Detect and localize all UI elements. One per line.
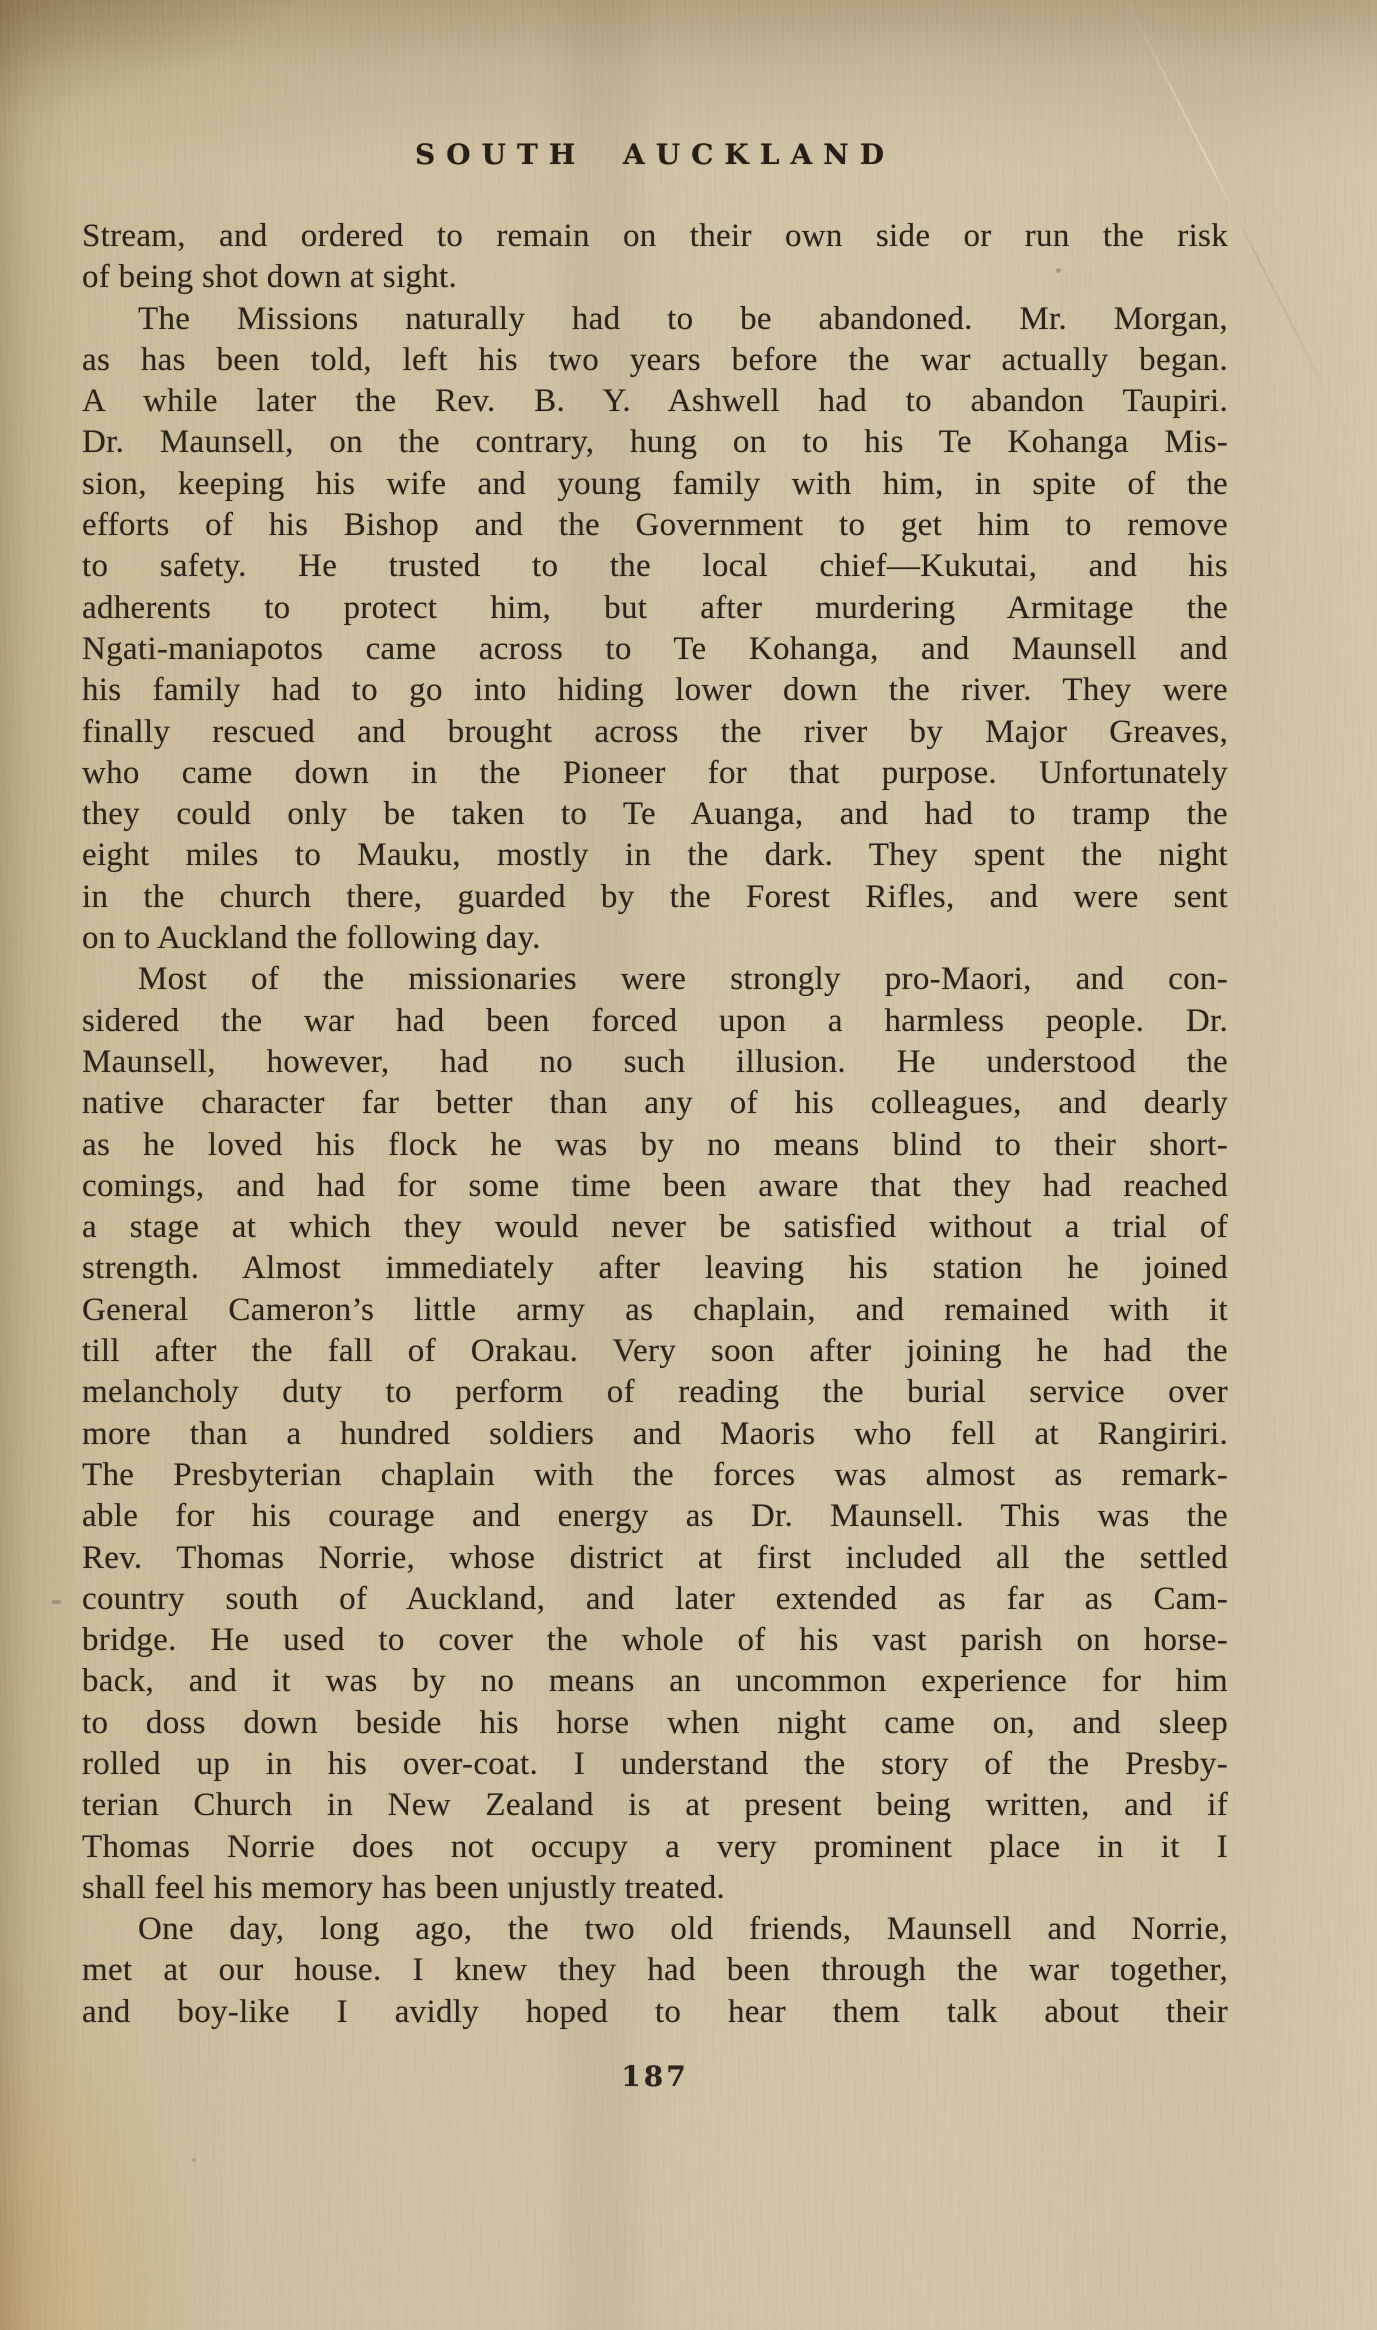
text-line: The Presbyterian chaplain with the force…	[82, 1455, 1228, 1496]
text-line: Most of the missionaries were strongly p…	[82, 959, 1228, 1000]
text-line: met at our house. I knew they had been t…	[82, 1950, 1228, 1991]
book-page: SOUTH AUCKLAND Stream, and ordered to re…	[0, 0, 1377, 2330]
text-line: sion, keeping his wife and young family …	[82, 464, 1228, 505]
text-line: A while later the Rev. B. Y. Ashwell had…	[82, 381, 1228, 422]
text-line: a stage at which they would never be sat…	[82, 1207, 1228, 1248]
text-line: in the church there, guarded by the Fore…	[82, 877, 1228, 918]
text-line: efforts of his Bishop and the Government…	[82, 505, 1228, 546]
page-number: 187	[82, 2060, 1228, 2093]
text-line: who came down in the Pioneer for that pu…	[82, 753, 1228, 794]
text-line: The Missions naturally had to be abandon…	[82, 299, 1228, 340]
text-line: able for his courage and energy as Dr. M…	[82, 1496, 1228, 1537]
body-text: Stream, and ordered to remain on their o…	[82, 216, 1228, 2033]
running-head: SOUTH AUCKLAND	[82, 138, 1228, 171]
text-line: shall feel his memory has been unjustly …	[82, 1868, 1228, 1909]
text-line: as he loved his flock he was by no means…	[82, 1125, 1228, 1166]
text-line: country south of Auckland, and later ext…	[82, 1579, 1228, 1620]
text-line: comings, and had for some time been awar…	[82, 1166, 1228, 1207]
text-line: sidered the war had been forced upon a h…	[82, 1001, 1228, 1042]
text-line: General Cameron’s little army as chaplai…	[82, 1290, 1228, 1331]
text-line: Ngati-maniapotos came across to Te Kohan…	[82, 629, 1228, 670]
paragraph: Stream, and ordered to remain on their o…	[82, 216, 1228, 299]
text-line: of being shot down at sight.	[82, 257, 1228, 298]
text-line: strength. Almost immediately after leavi…	[82, 1248, 1228, 1289]
text-line: Thomas Norrie does not occupy a very pro…	[82, 1827, 1228, 1868]
text-line: on to Auckland the following day.	[82, 918, 1228, 959]
text-line: Maunsell, however, had no such illusion.…	[82, 1042, 1228, 1083]
ink-speck	[52, 1600, 61, 1604]
text-line: to doss down beside his horse when night…	[82, 1703, 1228, 1744]
text-line: finally rescued and brought across the r…	[82, 712, 1228, 753]
text-line: rolled up in his over-coat. I understand…	[82, 1744, 1228, 1785]
text-line: more than a hundred soldiers and Maoris …	[82, 1414, 1228, 1455]
text-line: to safety. He trusted to the local chief…	[82, 546, 1228, 587]
paragraph: Most of the missionaries were strongly p…	[82, 959, 1228, 1909]
paragraph: The Missions naturally had to be abandon…	[82, 299, 1228, 960]
text-line: terian Church in New Zealand is at prese…	[82, 1785, 1228, 1826]
text-line: Rev. Thomas Norrie, whose district at fi…	[82, 1538, 1228, 1579]
text-line: they could only be taken to Te Auanga, a…	[82, 794, 1228, 835]
text-line: Dr. Maunsell, on the contrary, hung on t…	[82, 422, 1228, 463]
text-line: back, and it was by no means an uncommon…	[82, 1661, 1228, 1702]
paragraph: One day, long ago, the two old friends, …	[82, 1909, 1228, 2033]
text-line: adherents to protect him, but after murd…	[82, 588, 1228, 629]
text-line: melancholy duty to perform of reading th…	[82, 1372, 1228, 1413]
text-line: as has been told, left his two years bef…	[82, 340, 1228, 381]
text-line: and boy-like I avidly hoped to hear them…	[82, 1992, 1228, 2033]
text-line: bridge. He used to cover the whole of hi…	[82, 1620, 1228, 1661]
text-line: One day, long ago, the two old friends, …	[82, 1909, 1228, 1950]
text-line: till after the fall of Orakau. Very soon…	[82, 1331, 1228, 1372]
ink-speck	[192, 2158, 196, 2162]
text-line: eight miles to Mauku, mostly in the dark…	[82, 835, 1228, 876]
text-line: Stream, and ordered to remain on their o…	[82, 216, 1228, 257]
text-line: native character far better than any of …	[82, 1083, 1228, 1124]
text-line: his family had to go into hiding lower d…	[82, 670, 1228, 711]
